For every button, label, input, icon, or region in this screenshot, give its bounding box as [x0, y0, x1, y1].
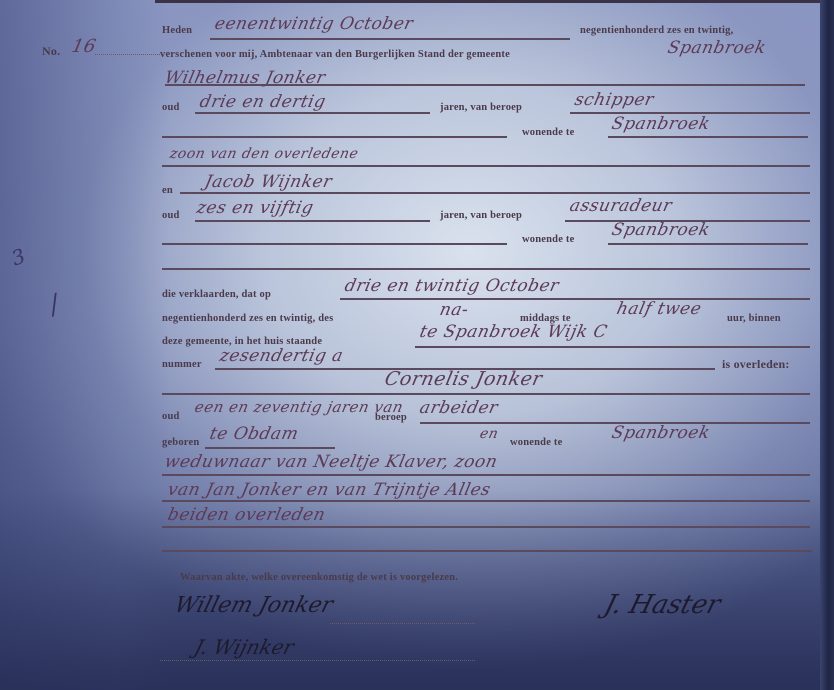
- rule: [162, 268, 810, 270]
- informant1-relation: zoon van den overledene: [168, 146, 360, 162]
- birthplace: te Obdam: [208, 424, 301, 444]
- label-uur-binnen: uur, binnen: [727, 313, 781, 324]
- birth-en: en: [478, 426, 500, 442]
- deceased-name: Cornelis Jonker: [383, 368, 545, 390]
- signature-line-2: [160, 660, 475, 661]
- label-is-overleden: is overleden:: [722, 357, 790, 372]
- time-handwritten: half twee: [615, 299, 703, 319]
- rule-final: [162, 550, 812, 552]
- rule: [195, 220, 430, 222]
- label-wonende-te-3: wonende te: [510, 437, 562, 448]
- record-number-line: [95, 54, 160, 55]
- death-date: drie en twintig October: [343, 276, 561, 296]
- label-die-verklaarden: die verklaarden, dat op: [162, 289, 271, 300]
- rule: [162, 165, 810, 167]
- deceased-residence: Spanbroek: [610, 423, 712, 443]
- record-number: 16: [70, 36, 98, 57]
- label-nummer: nummer: [162, 359, 202, 370]
- rule: [162, 393, 810, 395]
- informant1-age: drie en dertig: [198, 92, 328, 112]
- informant2-name: Jacob Wijnker: [203, 172, 334, 192]
- signature-informant2: J. Wijnker: [192, 635, 297, 659]
- informant1-residence: Spanbroek: [610, 114, 712, 134]
- house-location: te Spanbroek Wijk C: [418, 322, 609, 342]
- house-number: zesendertig a: [218, 346, 345, 366]
- informant2-residence: Spanbroek: [610, 220, 712, 240]
- signature-informant1: Willem Jonker: [172, 593, 336, 618]
- rule: [608, 136, 808, 138]
- rule: [162, 500, 810, 502]
- page-right-edge: [820, 0, 834, 690]
- time-of-day: na-: [438, 300, 471, 320]
- rule: [340, 298, 810, 300]
- rule: [162, 526, 810, 528]
- label-wonende-te: wonende te: [522, 127, 574, 138]
- label-year: negentienhonderd zes en twintig,: [580, 25, 733, 36]
- rule: [205, 447, 335, 449]
- label-jaren-beroep-2: jaren, van beroep: [440, 210, 522, 221]
- date-handwritten: eenentwintig October: [213, 14, 415, 34]
- label-en: en: [162, 185, 173, 196]
- closing-statement: Waarvan akte, welke overeenkomstig de we…: [180, 572, 458, 583]
- label-oud-2: oud: [162, 210, 180, 221]
- informant1-occupation: schipper: [573, 90, 656, 110]
- label-verschenen: verschenen voor mij, Ambtenaar van den B…: [160, 49, 510, 60]
- signature-official: J. Haster: [601, 590, 724, 620]
- informant2-occupation: assuradeur: [568, 196, 674, 216]
- rule: [210, 38, 570, 40]
- label-jaren-beroep: jaren, van beroep: [440, 102, 522, 113]
- signature-line-1: [330, 623, 475, 624]
- label-negentien-des: negentienhonderd zes en twintig, des: [162, 313, 333, 324]
- top-edge: [155, 0, 820, 3]
- rule: [195, 112, 430, 114]
- label-heden: Heden: [162, 25, 192, 36]
- rule: [165, 84, 805, 86]
- rule: [415, 346, 810, 348]
- rule: [608, 243, 808, 245]
- gemeente-handwritten: Spanbroek: [666, 38, 768, 58]
- deceased-age: een en zeventig jaren van: [193, 398, 405, 416]
- document-page: No. 16 3 / Heden eenentwintig October ne…: [0, 0, 834, 690]
- label-geboren: geboren: [162, 437, 199, 448]
- rule: [180, 192, 810, 194]
- label-oud: oud: [162, 102, 180, 113]
- deceased-occupation: arbeider: [418, 398, 500, 418]
- label-oud-3: oud: [162, 411, 180, 422]
- rule: [162, 243, 507, 245]
- label-wonende-te-2: wonende te: [522, 234, 574, 245]
- record-number-label: No.: [42, 44, 60, 59]
- parents-deceased-line: beiden overleden: [166, 505, 327, 525]
- informant2-age: zes en vijftig: [195, 198, 316, 218]
- rule: [162, 474, 810, 476]
- label-beroep-3: beroep: [375, 412, 407, 423]
- rule: [162, 136, 507, 138]
- parents-line: van Jan Jonker en van Trijntje Alles: [166, 480, 493, 500]
- widower-line: weduwnaar van Neeltje Klaver, zoon: [163, 452, 499, 472]
